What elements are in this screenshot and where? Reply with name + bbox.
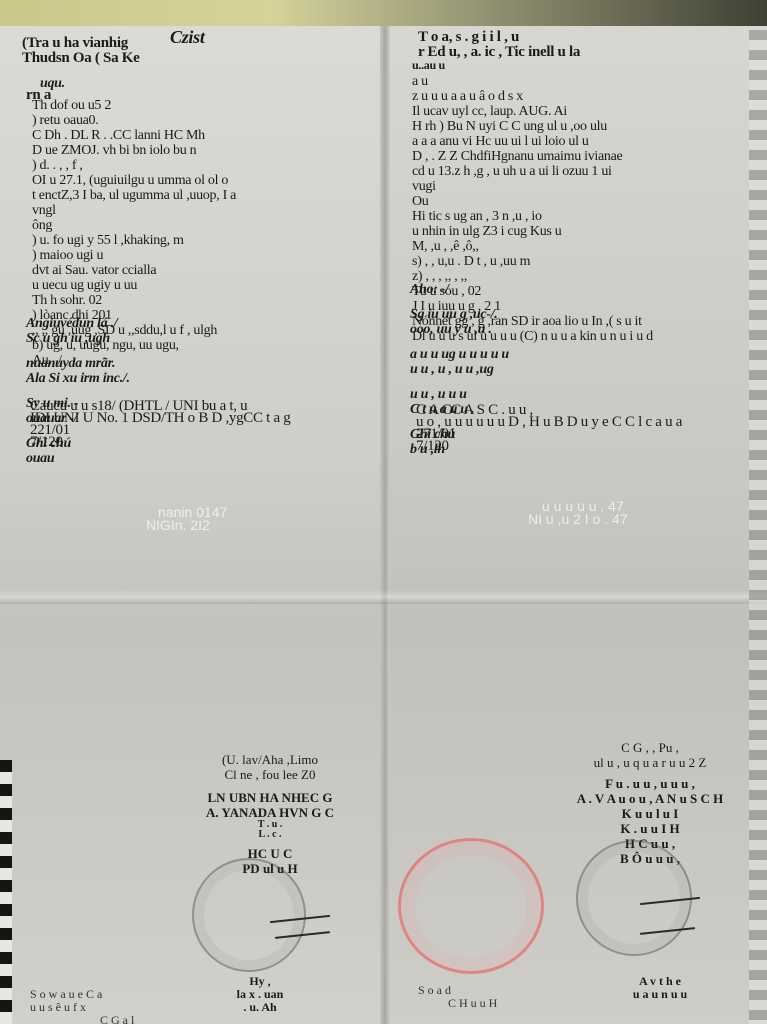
- header-line: T o a, s . g i i l , u: [418, 30, 580, 45]
- left-header-mark: Czist: [170, 30, 205, 45]
- section-title: Angiuvédun lá ./: [26, 316, 130, 331]
- text-line: a u: [412, 74, 653, 89]
- text-line: Ou: [412, 194, 653, 209]
- header-line: (Tra u ha vianhig: [22, 36, 139, 51]
- text-line: D ue ZMOJ. vh bi bn iolo bu n: [32, 143, 236, 158]
- text-line: s) , , u,u . D t , u ,uu m: [412, 254, 653, 269]
- text-line: C Dh . DL R . .CC lanni HC Mh: [32, 128, 236, 143]
- text-line: H rh ) Bu N uyi C C ung ul u ,oo ulu: [412, 119, 653, 134]
- org-line: A. YANADA HVN G C: [170, 805, 370, 820]
- text-line: 7/120: [416, 440, 682, 452]
- section-title: a u u ug u u u u u: [410, 347, 509, 362]
- left-footer: S o w a u e C a u u s ê u f x C G a l: [30, 988, 134, 1024]
- right-header: T o a, s . g i i l , u r Ed u, , a. ic ,…: [418, 30, 580, 60]
- name-line: . u. Ah: [200, 1001, 320, 1014]
- right-reference-lines: C A CC A S C . u u ,u o , u u u u u u D …: [416, 404, 682, 452]
- org-line: LN UBN HA NHEC G: [170, 790, 370, 805]
- section-value: Sc u gh iu ,ugh: [26, 331, 130, 346]
- date-line: (U. lav/Aha ,Limo: [170, 752, 370, 767]
- text-line: u uecu ug ugiy u uu: [32, 278, 236, 293]
- section-title: nuanuyda mrãr.: [26, 356, 130, 371]
- date-line: ul u , u q u a r u u 2 Z: [545, 755, 755, 770]
- text-line: u o , u u u u u u D , H u B D u y e C C …: [416, 416, 682, 428]
- page-fold: [0, 590, 767, 604]
- text-line: vugi: [412, 179, 653, 194]
- right-edge-shadow: [749, 30, 767, 1024]
- text-line: ) u. fo ugi y 55 l ,khaking, m: [32, 233, 236, 248]
- right-signer-name: A v t h e u a u n u u: [600, 975, 720, 1001]
- right-seal-stamp: [576, 840, 692, 956]
- section-title: u u , u u u: [410, 387, 509, 402]
- text-line: ) d. . , , f ,: [32, 158, 236, 173]
- text-line: D , . Z Z ChdfiHgnanu umaimu ivianae: [412, 149, 653, 164]
- left-signer-name: Hy , la x . uan . u. Ah: [200, 975, 320, 1014]
- small-line: K u u l u I: [545, 806, 755, 821]
- org-line: F u . u u , u u u ,: [545, 776, 755, 791]
- org-line: A . V A u o u , A N u S C H: [545, 791, 755, 806]
- red-seal-stamp: [398, 838, 544, 974]
- left-header: (Tra u ha vianhig Thudsn Oa ( Sa Ke: [22, 36, 139, 66]
- text-line: cd u 13.z h ,g , u uh u a ui li ozuu 1 u…: [412, 164, 653, 179]
- left-watermark: nanin 0147 NIGIn. 2I2: [146, 506, 227, 532]
- section-title: Aho: -/: [410, 282, 509, 297]
- page-spine: [380, 26, 390, 1024]
- footer-line: C G a l: [30, 1014, 134, 1024]
- text-line: dvt ai Sau. vator ccialla: [32, 263, 236, 278]
- text-line: Il ucav uyl cc, laup. AUG. Ai: [412, 104, 653, 119]
- date-line: Cl ne , fou lee Z0: [170, 767, 370, 782]
- name-line: u a u n u u: [600, 988, 720, 1001]
- text-line: ) retu oaua0.: [32, 113, 236, 128]
- section-value: ooo, uu y u ,u .: [410, 322, 509, 337]
- text-line: z u u u a a u â o d s x: [412, 89, 653, 104]
- watermark-line: NIGIn. 2I2: [146, 519, 227, 532]
- text-line: ) maioo ugi u: [32, 248, 236, 263]
- left-signature-block: (U. lav/Aha ,Limo Cl ne , fou lee Z0 LN …: [170, 752, 370, 876]
- text-line: vngl: [32, 203, 236, 218]
- role-line: HC U C: [170, 846, 370, 861]
- small-line: K . u u I H: [545, 821, 755, 836]
- text-line: M, ,u , ,ê ,ô,,: [412, 239, 653, 254]
- right-header-sub: u..au u: [412, 58, 445, 73]
- text-line: Hi tic s ug an , 3 n ,u , io: [412, 209, 653, 224]
- text-line: u nhin in ulg Z3 i cug Kus u: [412, 224, 653, 239]
- left-seal-stamp: [192, 858, 306, 972]
- header-line: Thudsn Oa ( Sa Ke: [22, 51, 139, 66]
- text-line: a a a anu vi Hc uu ui l ui loio ul u: [412, 134, 653, 149]
- text-line: ông: [32, 218, 236, 233]
- left-edge-binding: [0, 760, 12, 1024]
- section-value: Ala Si xu irm inc./.: [26, 371, 130, 386]
- right-footer: S o a d C H u u H: [418, 984, 497, 1010]
- footer-line: C H u u H: [418, 997, 497, 1010]
- text-line: Th dof ou u5 2: [32, 98, 236, 113]
- section-title: Sg iu uu g ,uc-/.: [410, 307, 509, 322]
- right-watermark: u u u u u , 47 NI u ,u 2 I o . 47: [528, 500, 628, 526]
- text-line: t enctZ,3 I ba, ul ugumma ul ,uuop, I a: [32, 188, 236, 203]
- watermark-line: NI u ,u 2 I o . 47: [528, 513, 628, 526]
- date-line: C G , , Pu ,: [545, 740, 755, 755]
- text-line: OI u 27.1, (uguiuilgu u umma ol ol o: [32, 173, 236, 188]
- small-line: L . c .: [170, 830, 370, 840]
- left-reference-lines: Caucu u u s18/ (DHTL / UNI bu a t, uIDI …: [30, 400, 291, 448]
- section-value: ouau: [26, 451, 130, 466]
- section-value: u u , u , u u ,ug: [410, 362, 509, 377]
